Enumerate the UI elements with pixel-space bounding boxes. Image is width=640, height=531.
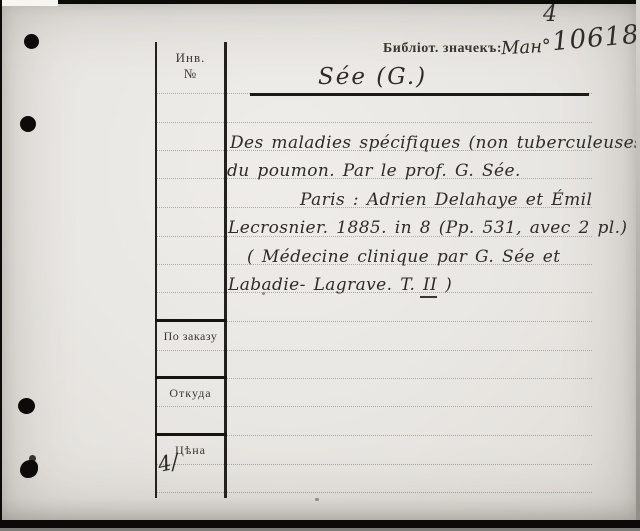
punch-hole-2	[20, 116, 36, 132]
ink-speck	[262, 292, 265, 295]
section-separator-from-where	[155, 376, 227, 379]
card-paper: Библіот. значекъ: Ман° 10618. 4 Инв. № П…	[2, 3, 636, 521]
library-mark-label: Библіот. значекъ:	[383, 41, 502, 57]
library-mark-handwritten: Ман°	[500, 36, 551, 60]
column-left-border	[155, 42, 157, 498]
ruled-dotted-line	[156, 492, 592, 493]
body-line-2: du poumon. Par le prof. G. Sée.	[227, 161, 521, 181]
scan-edge-left	[0, 0, 2, 531]
ruled-dotted-line	[156, 406, 592, 407]
column-right-border	[224, 42, 227, 498]
from-where-label: Откуда	[156, 386, 225, 401]
punch-hole-3	[18, 398, 35, 414]
section-separator-by-order	[155, 319, 227, 322]
punch-hole-1	[24, 34, 39, 49]
scan-edge-top	[55, 0, 640, 4]
body-line-5: ( Médecine clinique par G. Sée et	[247, 247, 561, 267]
body-line-4: Lecrosnier. 1885. in 8 (Pp. 531, avec 2 …	[228, 218, 627, 238]
ruled-dotted-line	[156, 464, 592, 465]
accession-number: 10618.	[551, 19, 640, 57]
ruled-dotted-line	[156, 350, 592, 351]
inventory-label-line1: Инв.	[156, 50, 225, 66]
scanned-catalog-card: Библіот. значекъ: Ман° 10618. 4 Инв. № П…	[0, 0, 640, 531]
ruled-dotted-line	[156, 122, 592, 123]
paper-bend-shadow	[2, 498, 636, 521]
section-separator-price	[155, 433, 227, 436]
roman-numeral-underline	[420, 296, 437, 298]
by-order-label: По заказу	[156, 329, 225, 344]
scan-corner-white	[0, 0, 58, 6]
scan-edge-bottom	[0, 520, 640, 528]
author-underline	[250, 93, 589, 96]
author-heading: Sée (G.)	[318, 64, 427, 90]
body-line-1: Des maladies spécifiques (non tuberculeu…	[230, 133, 640, 153]
body-line-3: Paris : Adrien Delahaye et Émil	[300, 190, 592, 210]
pencil-mark: 4	[543, 2, 557, 27]
inventory-label-line2: №	[156, 66, 225, 82]
scan-edge-right	[636, 0, 640, 531]
punch-hole-4-smudge	[29, 455, 36, 462]
